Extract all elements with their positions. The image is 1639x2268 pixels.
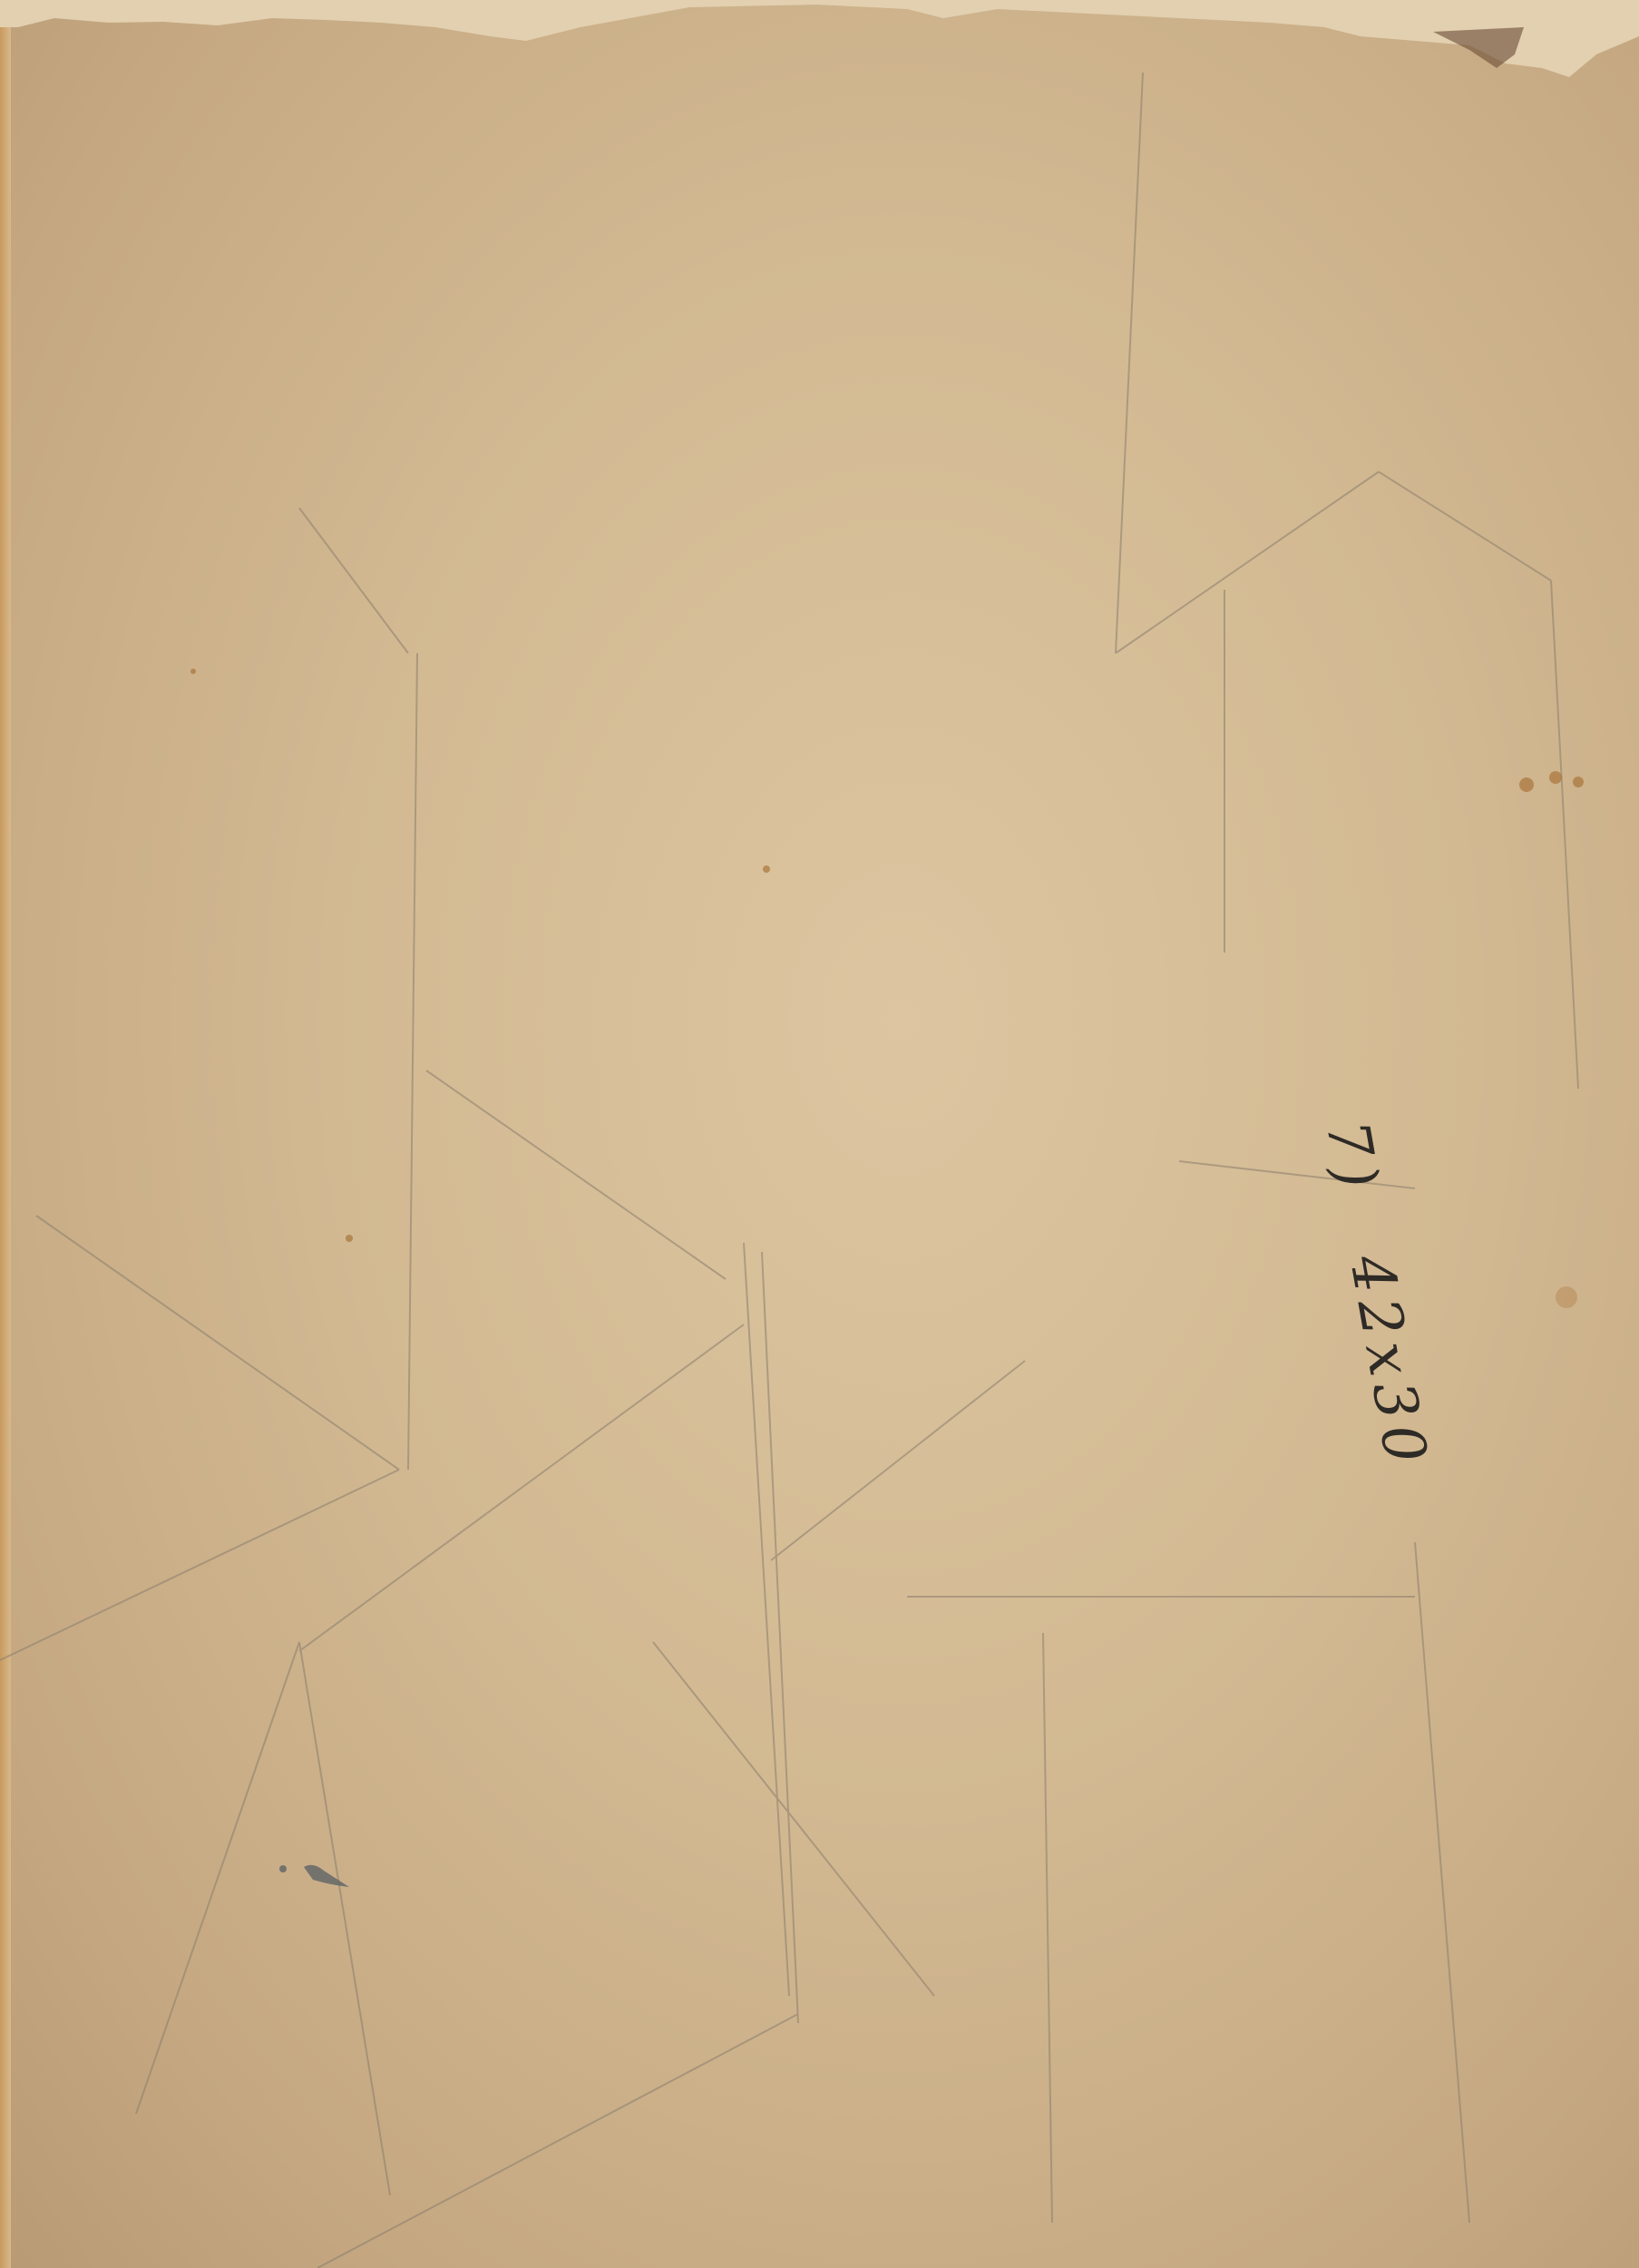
sheet-index-label: 7) — [1312, 1116, 1391, 1200]
paper-sheet: 7) 42x30 — [0, 0, 1639, 2268]
pencil-sketch-lines — [0, 0, 1639, 2268]
